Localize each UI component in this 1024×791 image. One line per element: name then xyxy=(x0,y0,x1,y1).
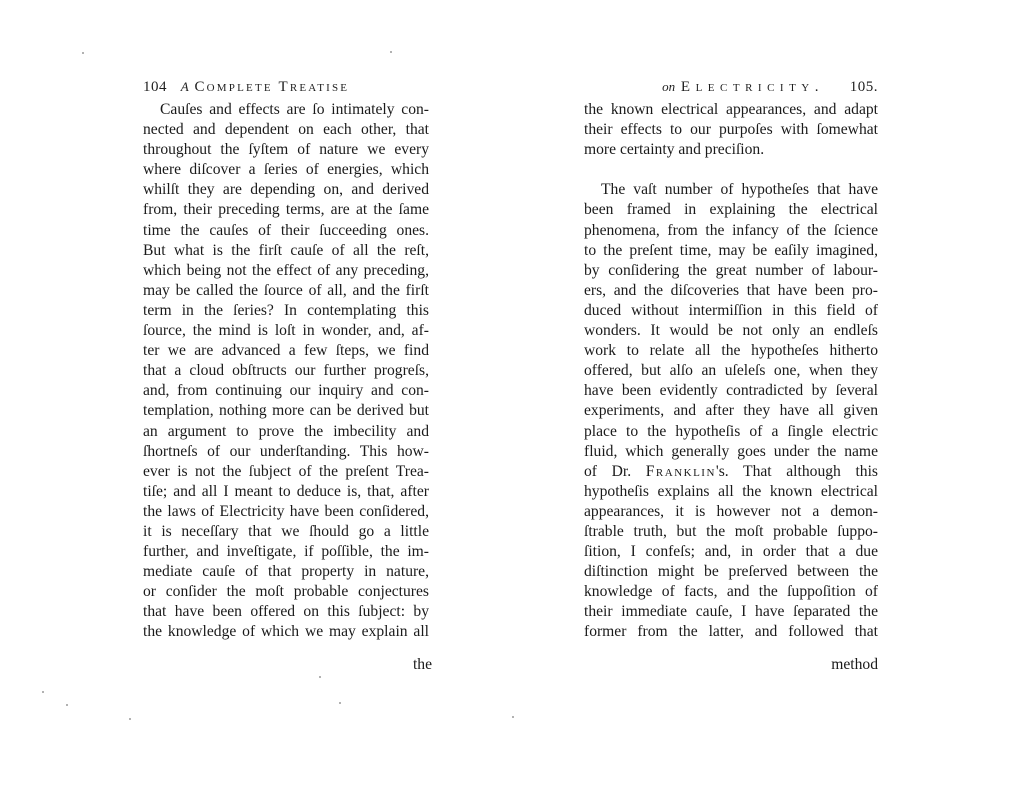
left-running-head-title: Complete Treatise xyxy=(194,79,349,95)
scan-speck xyxy=(129,718,131,720)
right-running-head-italic: on xyxy=(662,79,675,94)
scan-speck xyxy=(82,52,84,54)
left-catchword: the xyxy=(143,655,432,675)
left-running-head-italic: A xyxy=(181,79,189,94)
text-line: ter we are advanced a few ſteps, we find xyxy=(143,341,429,361)
right-page: on Electricity. 105. the known electrica… xyxy=(512,0,1024,791)
text-line: fluid, which generally goes under the na… xyxy=(584,442,878,462)
text-line: phenomena, from the infancy of the ſcien… xyxy=(584,221,878,241)
text-line: Cauſes and effects are ſo intimately con… xyxy=(143,100,429,120)
text-line: The vaſt number of hypotheſes that have xyxy=(584,180,878,200)
text-line: ſtrable truth, but the moſt probable ſup… xyxy=(584,522,878,542)
text-line: throughout the ſyſtem of nature we every xyxy=(143,140,429,160)
text-line: from, their preceding terms, are at the … xyxy=(143,200,429,220)
franklin-name: Franklin xyxy=(646,463,716,480)
text-line: templation, nothing more can be derived … xyxy=(143,401,429,421)
text-line: the laws of Electricity have been conſid… xyxy=(143,502,429,522)
text-line: ſition, I confeſs; and, in order that a … xyxy=(584,542,878,562)
right-running-head-title: Electricity. xyxy=(681,79,824,95)
text-line: or conſider the moſt probable conjecture… xyxy=(143,582,429,602)
text-line: which being not the effect of any preced… xyxy=(143,261,429,281)
text-line: But what is the firſt cauſe of all the r… xyxy=(143,241,429,261)
text-line: former from the latter, and followed tha… xyxy=(584,622,878,642)
text-line: ſhortneſs of our underſtanding. This how… xyxy=(143,442,429,462)
text-line: have been evidently contradicted by ſeve… xyxy=(584,381,878,401)
text-line: the knowledge of which we may explain al… xyxy=(143,622,429,642)
scan-speck xyxy=(512,716,514,718)
text-line: may be called the ſource of all, and the… xyxy=(143,281,429,301)
text-line: place to the hypotheſis of a ſingle elec… xyxy=(584,422,878,442)
right-page-number: 105. xyxy=(850,79,878,95)
text-line: by conſidering the great number of labou… xyxy=(584,261,878,281)
text-line: ever is not the ſubject of the preſent T… xyxy=(143,462,429,482)
text-line: term in the ſeries? In contemplating thi… xyxy=(143,301,429,321)
right-catchword: method xyxy=(584,655,878,675)
scan-speck xyxy=(390,51,392,53)
text-line: an argument to prove the imbecility and xyxy=(143,422,429,442)
scan-speck xyxy=(66,704,68,706)
text-line: their immediate cauſe, I have ſeparated … xyxy=(584,602,878,622)
text-line: time the cauſes of their ſucceeding ones… xyxy=(143,221,429,241)
text-line: their effects to our purpoſes with ſomew… xyxy=(584,120,878,140)
text-line: duced without intermiſſion in this field… xyxy=(584,301,878,321)
text-line: it is neceſſary that we ſhould go a litt… xyxy=(143,522,429,542)
text-line: knowledge of facts, and the ſuppoſition … xyxy=(584,582,878,602)
text-line: work to relate all the hypotheſes hither… xyxy=(584,341,878,361)
text-line: been framed in explaining the electrical xyxy=(584,200,878,220)
scan-speck xyxy=(319,676,321,678)
left-running-head: 104 A Complete Treatise xyxy=(143,77,429,97)
text-line: appearances, it is however not a demon- xyxy=(584,502,878,522)
left-page-number: 104 xyxy=(143,79,167,95)
book-spread: 104 A Complete Treatise Cauſes and effec… xyxy=(0,0,1024,791)
left-page: 104 A Complete Treatise Cauſes and effec… xyxy=(0,0,512,791)
text-line: that a cloud obſtructs our further progr… xyxy=(143,361,429,381)
text-line: and, from continuing our inquiry and con… xyxy=(143,381,429,401)
text-line: nected and dependent on each other, that xyxy=(143,120,429,140)
text-line: to the preſent time, may be eaſily imagi… xyxy=(584,241,878,261)
franklin-line: of Dr. Franklin's. That although this xyxy=(584,462,878,482)
text-line: wonders. It would be not only an endleſs xyxy=(584,321,878,341)
text-line: ers, and the diſcoveries that have been … xyxy=(584,281,878,301)
text-line: further, and inveſtigate, if poſſible, t… xyxy=(143,542,429,562)
text-line: that have been offered on this ſubject: … xyxy=(143,602,429,622)
left-body-text: Cauſes and effects are ſo intimately con… xyxy=(143,100,429,643)
text-line: where diſcover a ſeries of energies, whi… xyxy=(143,160,429,180)
text-line: ſource, the mind is loſt in wonder, and,… xyxy=(143,321,429,341)
text-line: whilſt they are depending on, and derive… xyxy=(143,180,429,200)
right-running-head: on Electricity. 105. xyxy=(584,77,878,97)
scan-speck xyxy=(42,691,44,693)
text-line: hypotheſis explains all the known electr… xyxy=(584,482,878,502)
scan-speck xyxy=(339,702,341,704)
right-body-text: the known electrical appearances, and ad… xyxy=(584,100,878,643)
paragraph-gap xyxy=(584,160,878,180)
text-line: tiſe; and all I meant to deduce is, that… xyxy=(143,482,429,502)
text-line: more certainty and preciſion. xyxy=(584,140,878,160)
text-line: the known electrical appearances, and ad… xyxy=(584,100,878,120)
text-line: experiments, and after they have all giv… xyxy=(584,401,878,421)
franklin-line-after: 's. That although this xyxy=(716,463,878,480)
franklin-line-before: of Dr. xyxy=(584,463,646,480)
text-line: offered, but alſo an uſeleſs one, when t… xyxy=(584,361,878,381)
text-line: mediate cauſe of that property in nature… xyxy=(143,562,429,582)
text-line: diſtinction might be preſerved between t… xyxy=(584,562,878,582)
